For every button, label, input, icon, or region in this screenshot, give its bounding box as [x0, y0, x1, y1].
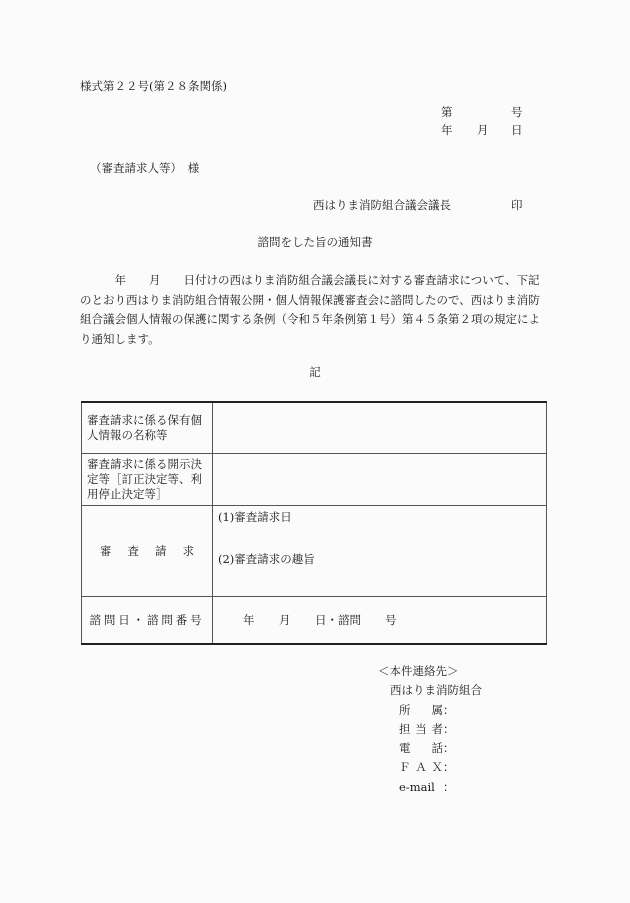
- contact-organization: 西はりま消防組合: [378, 681, 482, 700]
- label-cell: 審査請求に係る開示決 定等［訂正決定等、利 用停止決定等］: [82, 454, 213, 506]
- label-consultation: 諮問日・諮問番号: [90, 613, 205, 627]
- value-cell-consultation[interactable]: 年月日・諮問号: [213, 597, 547, 645]
- label-cell: 審査請求: [82, 506, 213, 597]
- field-value: ：: [443, 780, 455, 794]
- reference-number-suffix: 号: [511, 107, 523, 119]
- contact-block: ＜本件連絡先＞ 西はりま消防組合 所属： 担当者： 電話： ＦＡＸ： e-mai…: [378, 662, 482, 797]
- table-row-personal-info-name: 審査請求に係る保有個 人情報の名称等: [82, 402, 547, 454]
- label-cell: 諮問日・諮問番号: [82, 597, 213, 645]
- contact-field-person: 担当者：: [378, 720, 482, 739]
- consultation-number-suffix: 号: [385, 612, 397, 628]
- body-line: り通知します。: [80, 330, 550, 350]
- consultation-day-no: 日・諮問: [315, 612, 385, 628]
- seal-mark: 印: [511, 200, 523, 212]
- date-day-label: 日: [511, 125, 523, 137]
- value-cell-disclosure-decision[interactable]: [213, 454, 547, 506]
- table-row-disclosure-decision: 審査請求に係る開示決 定等［訂正決定等、利 用停止決定等］: [82, 454, 547, 506]
- body-paragraph: 年 月 日付けの西はりま消防組合議会議長に対する審査請求について、下記 のとおり…: [80, 271, 550, 349]
- label-line: 用停止決定等］: [87, 487, 207, 502]
- reference-number-prefix: 第: [441, 107, 453, 119]
- label-cell: 審査請求に係る保有個 人情報の名称等: [82, 402, 213, 454]
- field-label: 担当者: [399, 720, 443, 739]
- date-year-label: 年: [441, 125, 453, 137]
- field-label: 所属: [399, 701, 443, 720]
- sender-title: 西はりま消防組合議会議長: [313, 200, 451, 212]
- table-row-review-request: 審査請求 (1)審査請求日 (2)審査請求の趣旨: [82, 506, 547, 597]
- review-request-purpose-item: (2)審査請求の趣旨: [218, 554, 315, 566]
- consultation-month: 月: [279, 612, 315, 628]
- contact-field-email: e-mail：: [378, 778, 482, 797]
- field-value: ：: [443, 722, 455, 736]
- contact-field-phone: 電話：: [378, 739, 482, 758]
- body-line: 年 月 日付けの西はりま消防組合議会議長に対する審査請求について、下記: [80, 271, 550, 291]
- value-cell-personal-info-name[interactable]: [213, 402, 547, 454]
- label-line: 審査請求に係る開示決: [87, 457, 207, 472]
- field-label: e-mail: [399, 778, 443, 797]
- field-value: ：: [443, 760, 455, 774]
- contact-heading: ＜本件連絡先＞: [378, 662, 482, 681]
- label-line: 審査請求に係る保有個: [87, 413, 207, 428]
- review-request-date-item: (1)審査請求日: [218, 512, 292, 524]
- body-line: のとおり西はりま消防組合情報公開・個人情報保護審査会に諮問したので、西はりま消防: [80, 291, 550, 311]
- date-month-label: 月: [477, 125, 489, 137]
- field-value: ：: [443, 741, 455, 755]
- contact-field-fax: ＦＡＸ：: [378, 758, 482, 777]
- consultation-year: 年: [243, 612, 279, 628]
- contact-field-department: 所属：: [378, 701, 482, 720]
- addressee: （審査請求人等） 様: [90, 163, 199, 175]
- field-label: 電話: [399, 739, 443, 758]
- document-title: 諮問をした旨の通知書: [0, 237, 630, 249]
- label-line: 定等［訂正決定等、利: [87, 472, 207, 487]
- label-line: 人情報の名称等: [87, 428, 207, 443]
- value-cell-review-request[interactable]: (1)審査請求日 (2)審査請求の趣旨: [213, 506, 547, 597]
- field-value: ：: [443, 703, 455, 717]
- label-review-request: 審査請求: [100, 544, 210, 558]
- form-identifier: 様式第２２号(第２８条関係): [80, 81, 227, 93]
- ki-heading: 記: [0, 367, 630, 379]
- body-line: 組合議会個人情報の保護に関する条例（令和５年条例第１号）第４５条第２項の規定によ: [80, 310, 550, 330]
- request-info-table: 審査請求に係る保有個 人情報の名称等 審査請求に係る開示決 定等［訂正決定等、利…: [81, 401, 547, 645]
- table-row-consultation: 諮問日・諮問番号 年月日・諮問号: [82, 597, 547, 645]
- field-label: ＦＡＸ: [399, 758, 443, 777]
